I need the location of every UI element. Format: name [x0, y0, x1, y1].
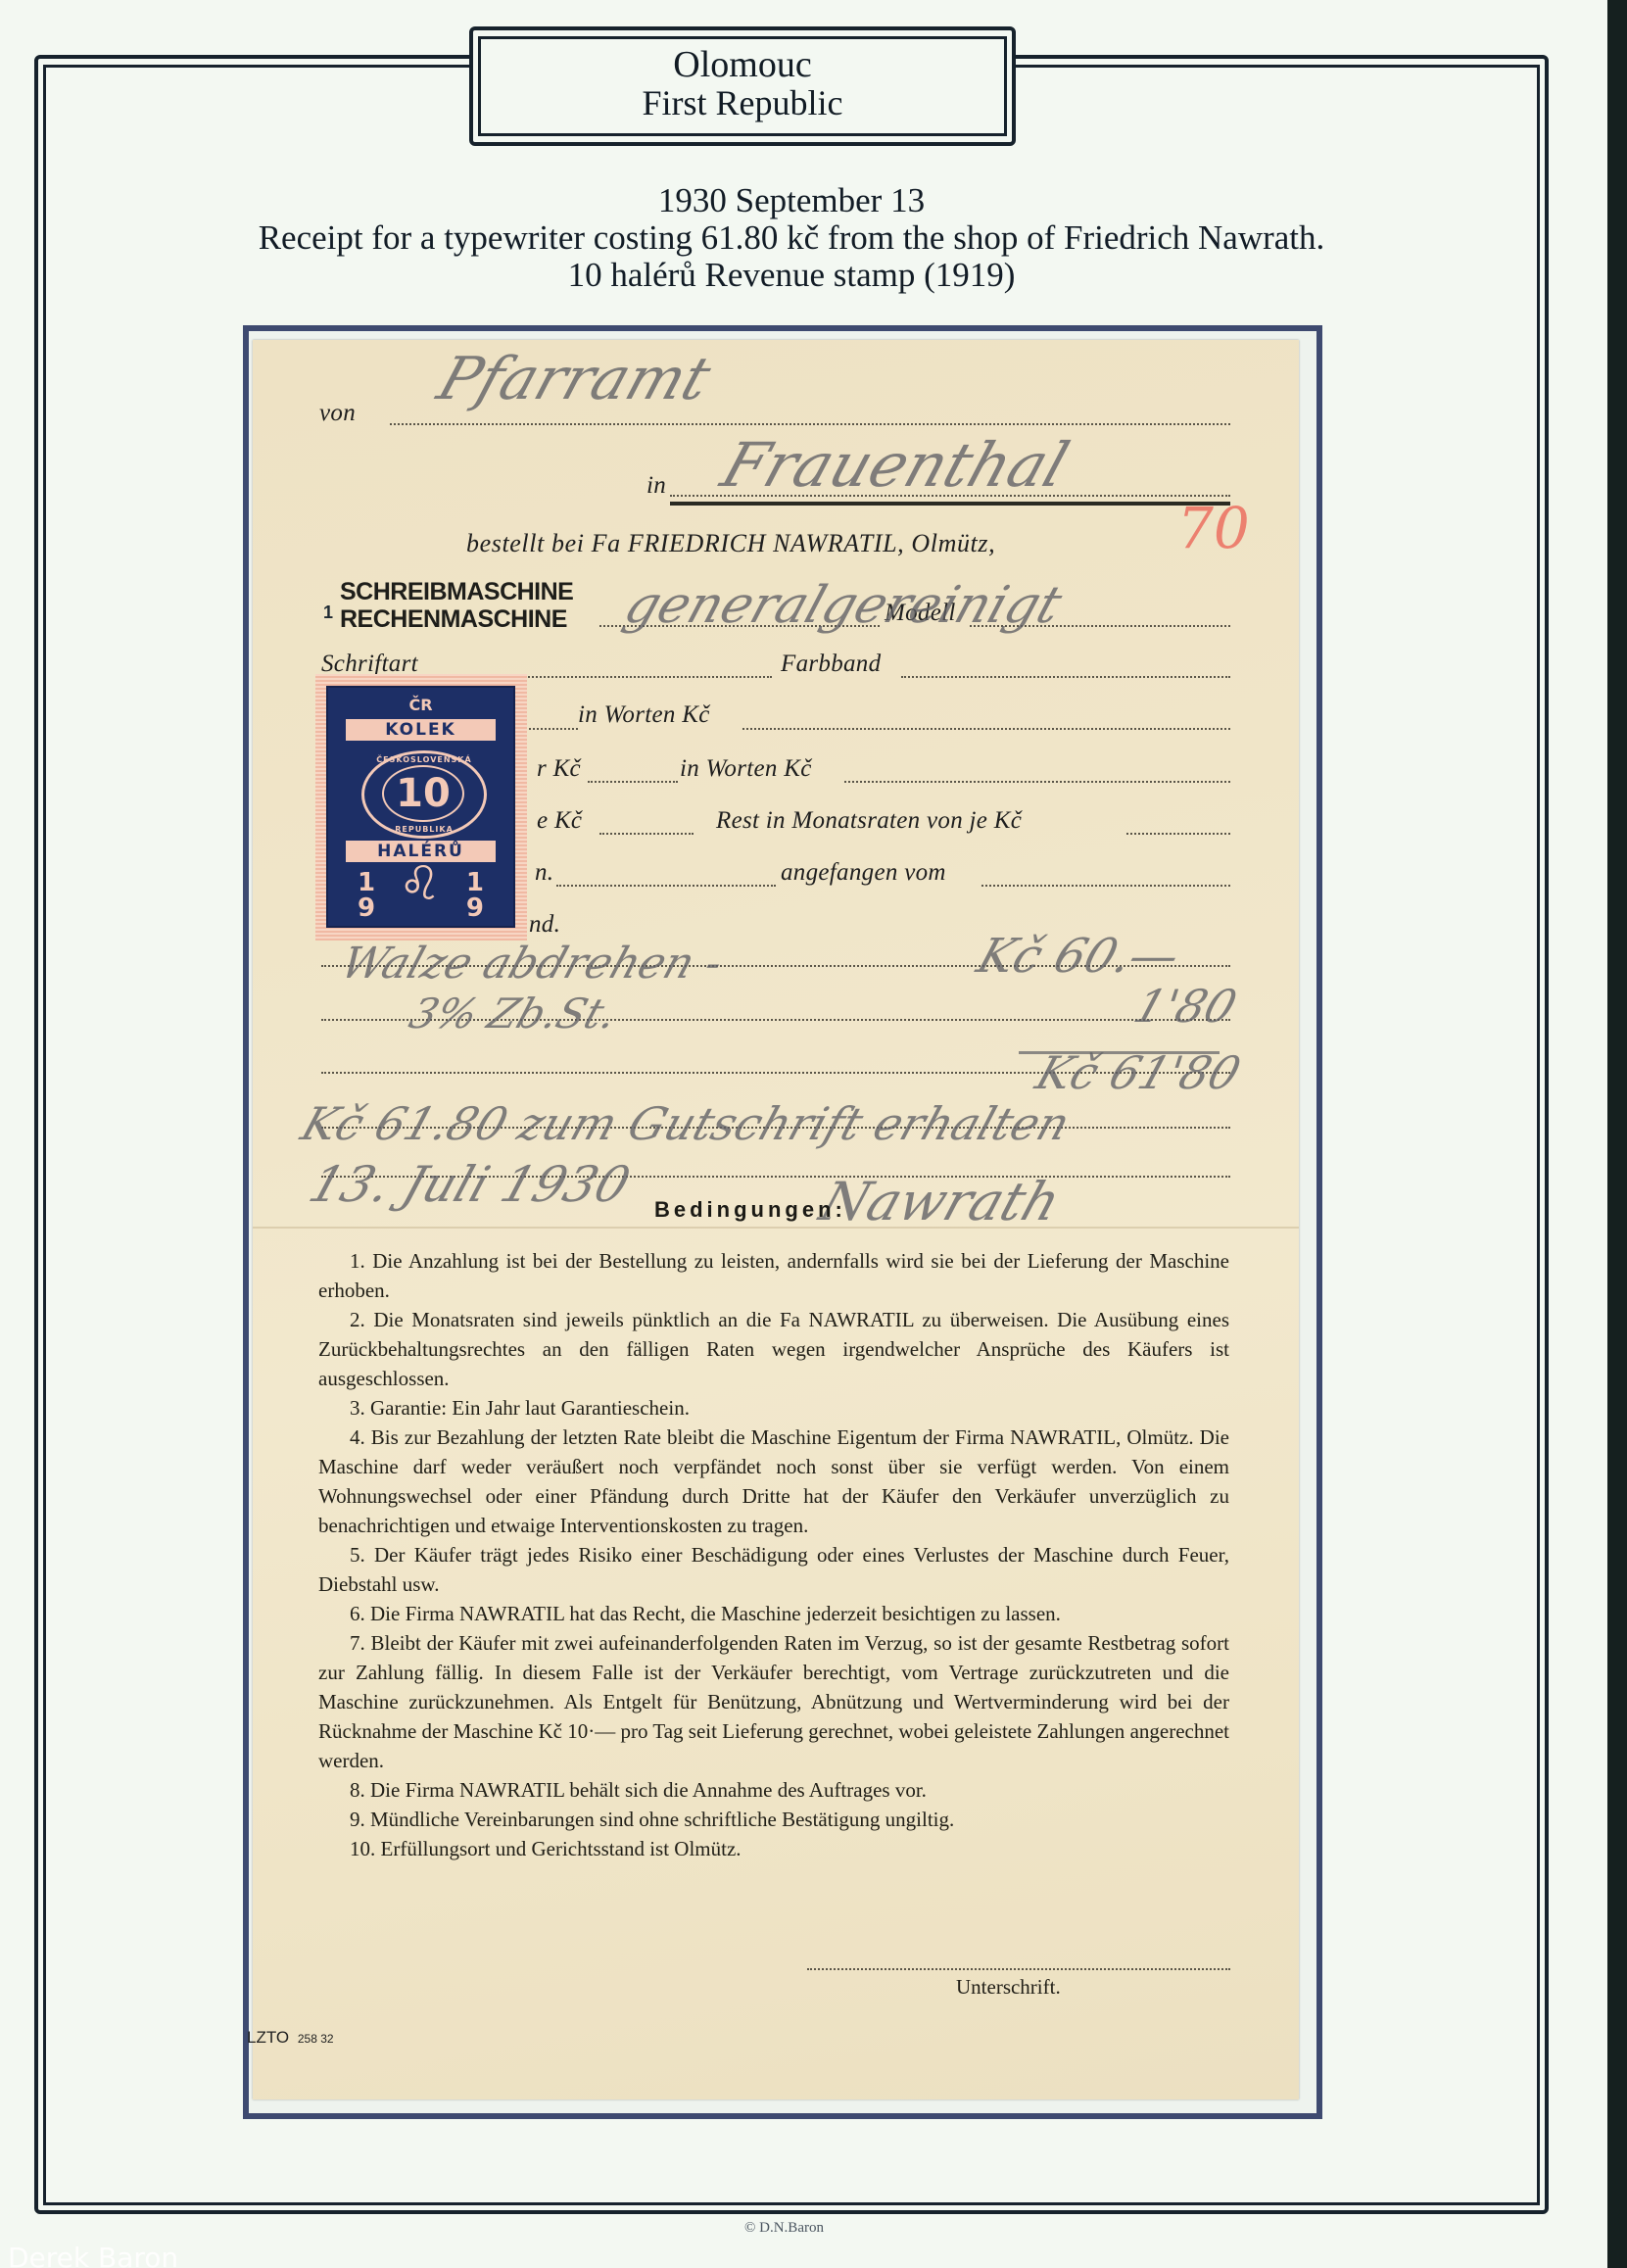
handwritten-in: Frauenthal — [713, 429, 1077, 501]
signature-label: Unterschrift. — [956, 1975, 1061, 2000]
handwritten-receipt-line: Kč 61.80 zum Gutschrift erhalten — [295, 1097, 1077, 1150]
red-pencil-mark: 70 — [1177, 495, 1250, 561]
stamp-year-left-2: 9 — [358, 895, 375, 921]
condition-item: 2. Die Monatsraten sind jeweils pünktlic… — [318, 1305, 1229, 1393]
paper-fold — [253, 1227, 1299, 1229]
stamp-ring-bottom: REPUBLIKA — [364, 825, 484, 834]
deposit-line — [588, 781, 678, 783]
in-line-underline — [670, 502, 1230, 506]
condition-item: 1. Die Anzahlung ist bei der Bestellung … — [318, 1246, 1229, 1305]
condition-item: 7. Bleibt der Käufer mit zwei aufeinande… — [318, 1628, 1229, 1775]
signature-line — [807, 1968, 1230, 1970]
angefangen-line — [981, 885, 1230, 887]
rest-line — [599, 833, 694, 835]
handwritten-line2-text: 3% Zb.St. — [404, 989, 623, 1037]
farbband-line — [901, 676, 1230, 678]
farbband-label: Farbband — [781, 651, 881, 678]
page-subtitle: First Republic — [481, 84, 1004, 121]
option-schreibmaschine: SCHREIBMASCHINE — [340, 578, 573, 605]
deposit-kc-label: r Kč — [537, 755, 581, 783]
stamp-year-right-1: 1 — [466, 870, 484, 895]
monthly-line — [1126, 833, 1230, 835]
print-code: LZTO 258 32 — [247, 2028, 334, 2048]
deposit-words-label: in Worten Kč — [680, 755, 812, 783]
condition-item: 5. Der Käufer trägt jedes Risiko einer B… — [318, 1540, 1229, 1599]
condition-item: 8. Die Firma NAWRATIL behält sich die An… — [318, 1775, 1229, 1805]
von-line — [390, 423, 1230, 425]
print-code-number: 258 32 — [298, 2032, 334, 2046]
stamp-year-right-2: 9 — [466, 895, 484, 921]
in-label: in — [646, 472, 666, 500]
watermark-text: Derek Baron — [8, 2242, 178, 2268]
price-line — [529, 728, 578, 730]
condition-item: 6. Die Firma NAWRATIL hat das Recht, die… — [318, 1599, 1229, 1628]
handwritten-total: Kč 61'80 — [1029, 1046, 1247, 1099]
deposit-words-line — [844, 781, 1230, 783]
ordered-from-line: bestellt bei Fa FRIEDRICH NAWRATIL, Olmü… — [466, 529, 995, 558]
von-label: von — [319, 400, 356, 427]
rest-kc-label: e Kč — [537, 807, 582, 835]
title-box: Olomouc First Republic — [469, 26, 1016, 146]
handwritten-line1-text: Walze abdrehen - — [335, 939, 730, 989]
quantity: 1 — [323, 603, 333, 623]
condition-item: 3. Garantie: Ein Jahr laut Garantieschei… — [318, 1393, 1229, 1423]
condition-item: 4. Bis zur Bezahlung der letzten Rate bl… — [318, 1423, 1229, 1540]
scan-edge-strip — [1607, 0, 1627, 2268]
option-rechenmaschine: RECHENMASCHINE — [340, 605, 573, 633]
handwritten-signature: Nawrath — [813, 1171, 1069, 1232]
stamp-oval: ČESKOSLOVENSKÁ 10 REPUBLIKA — [361, 750, 487, 839]
condition-item: 9. Mündliche Vereinbarungen sind ohne sc… — [318, 1805, 1229, 1834]
start-line — [556, 885, 776, 887]
copyright-text: © D.N.Baron — [744, 2220, 824, 2237]
machine-type-options: SCHREIBMASCHINE RECHENMASCHINE — [340, 578, 573, 633]
handwritten-line2-amount: 1'80 — [1127, 980, 1243, 1033]
caption-description: Receipt for a typewriter costing 61.80 k… — [43, 219, 1540, 257]
price-words-line — [742, 728, 1230, 730]
revenue-stamp: ČR KOLEK ČESKOSLOVENSKÁ 10 REPUBLIKA HAL… — [326, 686, 515, 928]
handwritten-von: Pfarramt — [430, 345, 719, 413]
stamp-year-left-1: 1 — [358, 870, 375, 895]
angefangen-label: angefangen vom — [781, 859, 946, 887]
row-end-text: nd. — [529, 911, 560, 939]
handwritten-line1-amount: Kč 60.— — [971, 929, 1187, 984]
conditions-heading: Bedingungen: — [654, 1197, 846, 1223]
rest-monthly-label: Rest in Monatsraten von je Kč — [716, 807, 1022, 835]
handwritten-date: 13. Juli 1930 — [303, 1156, 638, 1213]
stamp-kolek-band: KOLEK — [346, 719, 496, 741]
stamp-lion-icon: ♌ — [399, 859, 441, 908]
start-prefix: n. — [535, 859, 553, 887]
condition-item: 10. Erfüllungsort und Gerichtsstand ist … — [318, 1834, 1229, 1863]
stamp-value: 10 — [382, 765, 464, 822]
page-title: Olomouc — [481, 45, 1004, 84]
conditions-list: 1. Die Anzahlung ist bei der Bestellung … — [318, 1246, 1229, 1863]
print-code-prefix: LZTO — [247, 2028, 289, 2047]
stamp-ring-top: ČESKOSLOVENSKÁ — [364, 755, 484, 764]
price-words-label: in Worten Kč — [578, 701, 710, 729]
handwritten-modell: generalgereinigt — [617, 576, 1069, 635]
caption-date: 1930 September 13 — [43, 182, 1540, 219]
stamp-cr-text: ČR — [328, 696, 513, 714]
caption-stamp: 10 halérů Revenue stamp (1919) — [43, 257, 1540, 294]
